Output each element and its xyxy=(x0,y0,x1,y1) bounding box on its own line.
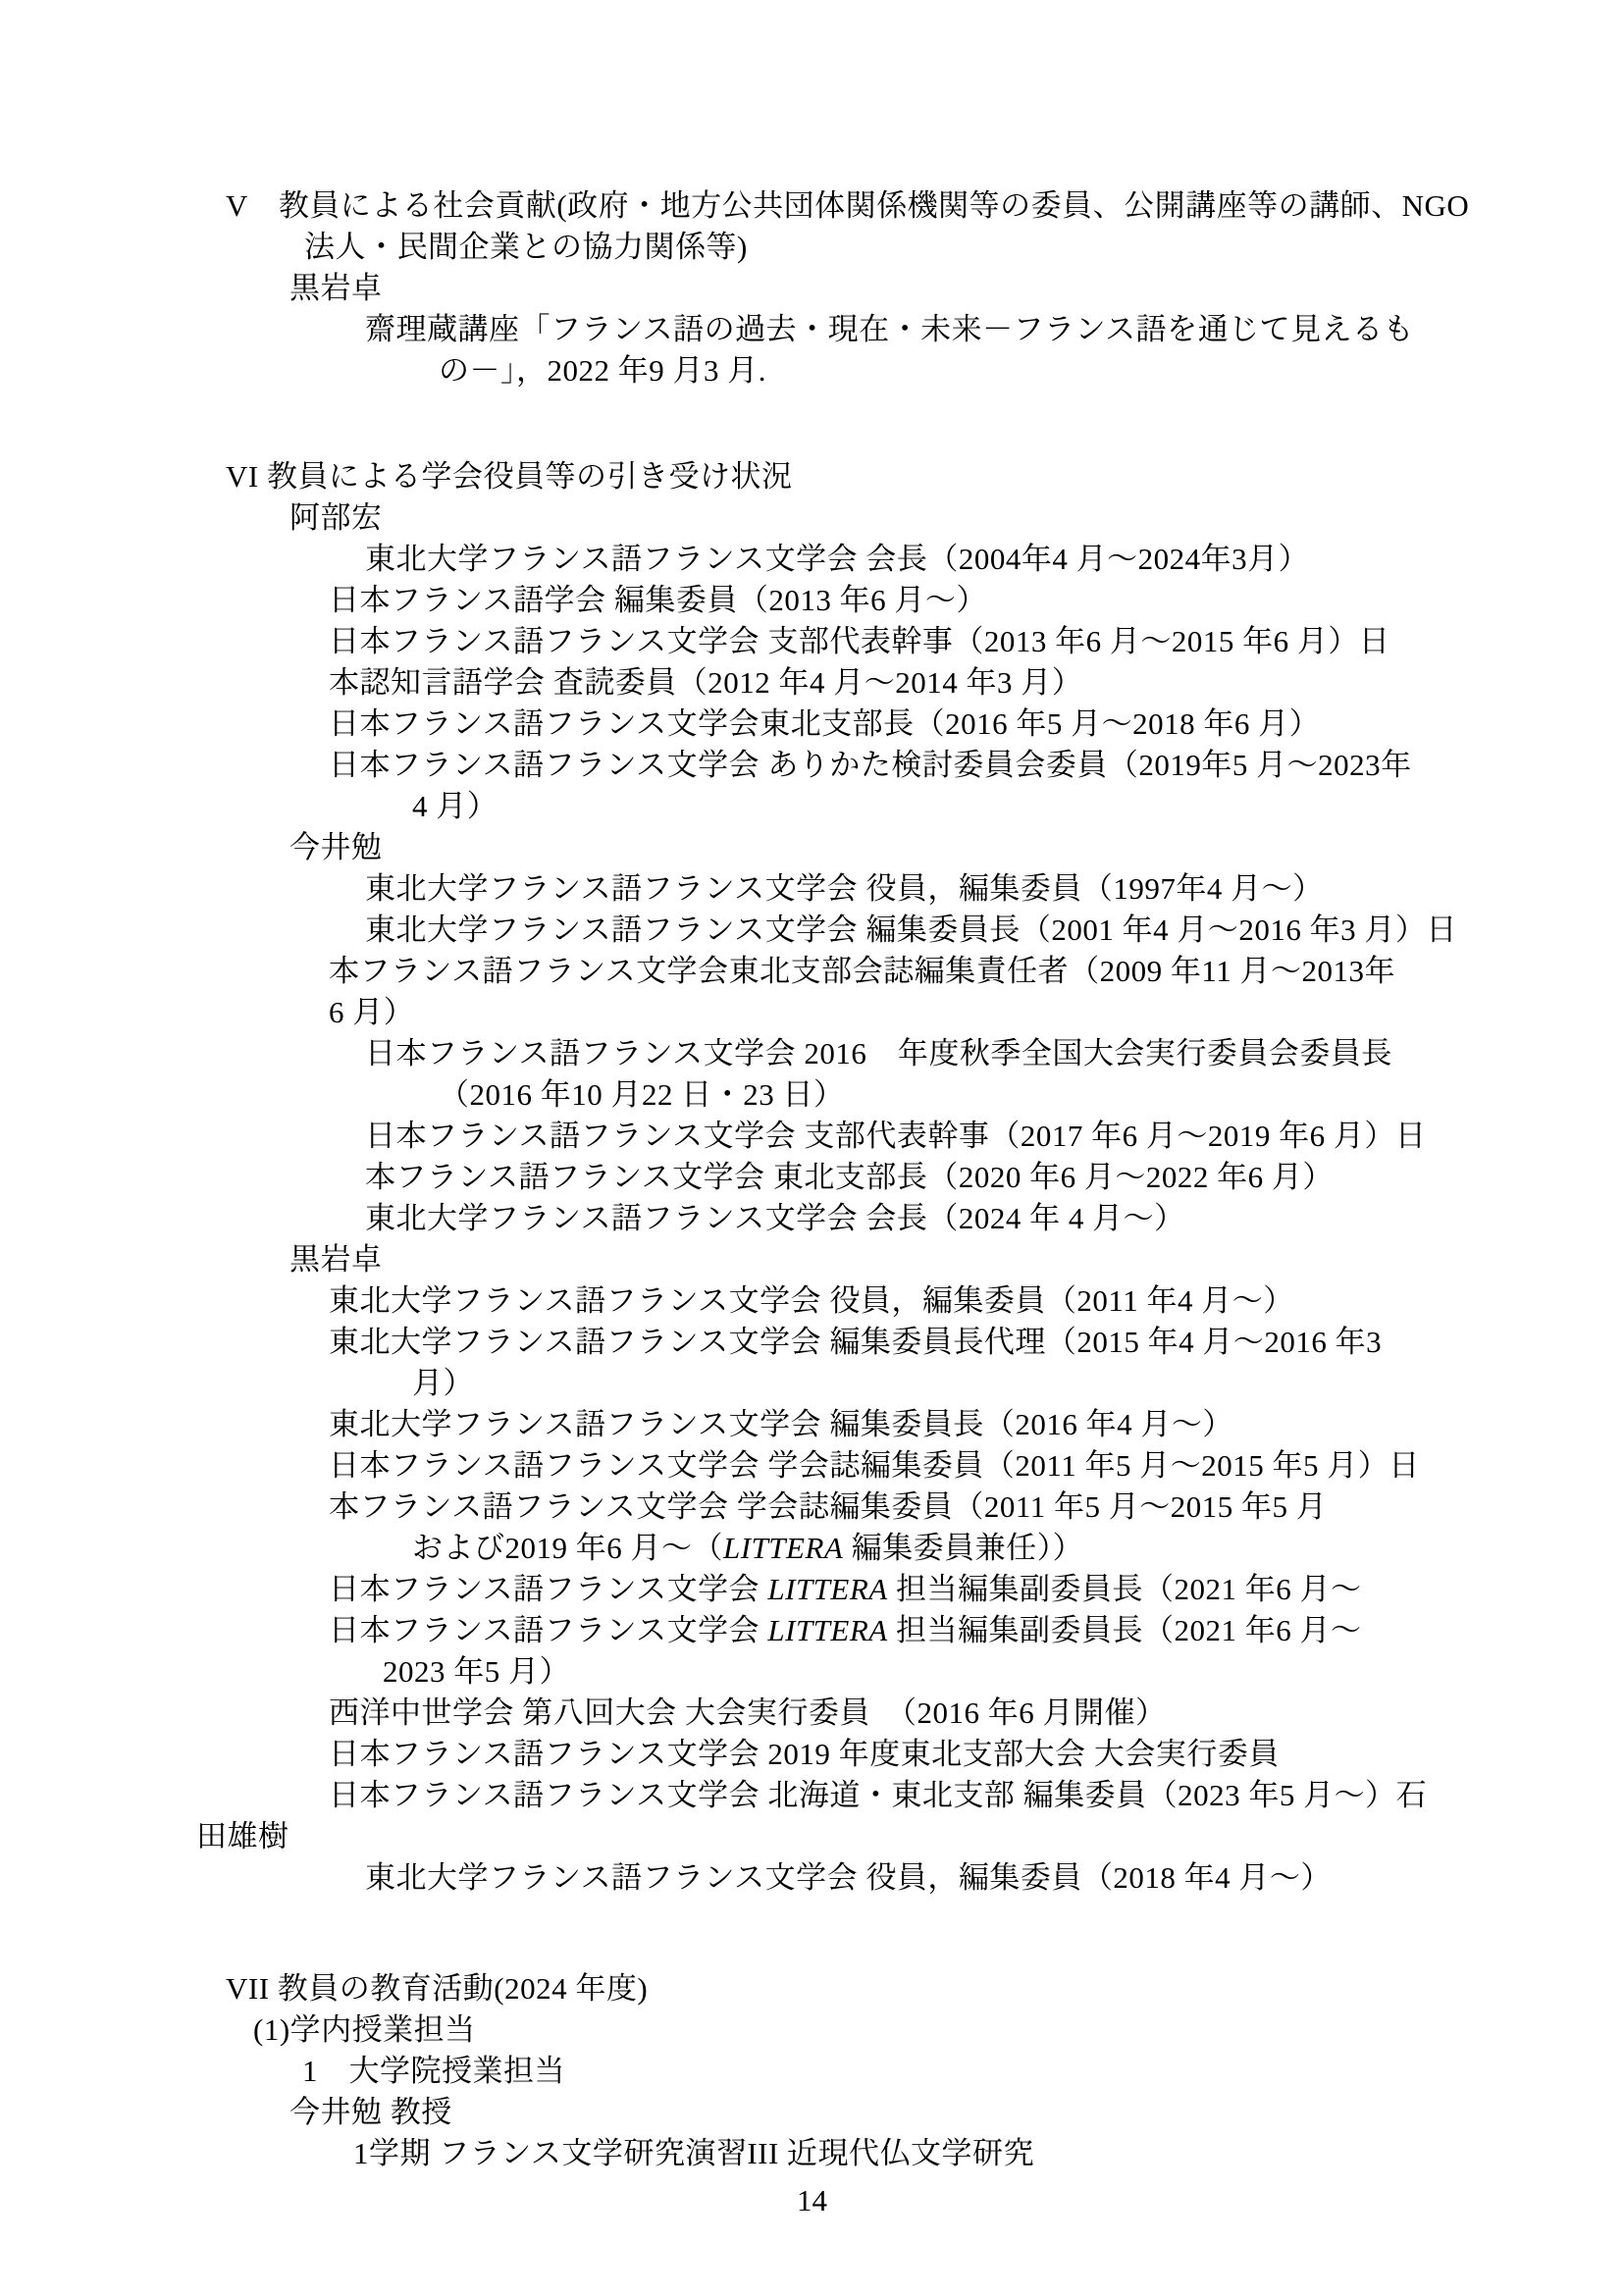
section-heading: V 教員による社会貢献(政府・地方公共団体関係機関等の委員、公開講座等の講師、N… xyxy=(0,185,1624,227)
list-item: 東北大学フランス語フランス文学会 編集委員長代理（2015 年4 月～2016 … xyxy=(0,1322,1624,1363)
list-item: 日本フランス語フランス文学会 2016 年度秋季全国大会実行委員会委員長 xyxy=(0,1033,1624,1074)
list-item-wrap: 6 月） xyxy=(0,992,1624,1033)
list-item: 東北大学フランス語フランス文学会 役員，編集委員（1997年4 月～） xyxy=(0,868,1624,910)
person-name: 田雄樹 xyxy=(0,1816,1624,1857)
list-item-wrap: 本フランス語フランス文学会東北支部会誌編集責任者（2009 年11 月～2013… xyxy=(0,951,1624,992)
list-item: 東北大学フランス語フランス文学会 編集委員長（2016 年4 月～） xyxy=(0,1404,1624,1445)
list-item: 日本フランス語フランス文学会 支部代表幹事（2013 年6 月～2015 年6 … xyxy=(0,621,1624,662)
list-item-wrap: 本フランス語フランス文学会 学会誌編集委員（2011 年5 月～2015 年5 … xyxy=(0,1487,1624,1528)
list-item-wrap: 本認知言語学会 査読委員（2012 年4 月～2014 年3 月） xyxy=(0,662,1624,704)
list-item: 日本フランス語学会 編集委員（2013 年6 月～） xyxy=(0,580,1624,621)
person-name: 今井勉 教授 xyxy=(0,2092,1624,2133)
list-item: 日本フランス語フランス文学会 学会誌編集委員（2011 年5 月～2015 年5… xyxy=(0,1445,1624,1487)
person-name: 今井勉 xyxy=(0,827,1624,868)
list-item: 西洋中世学会 第八回大会 大会実行委員 （2016 年6 月開催） xyxy=(0,1693,1624,1734)
list-item: 日本フランス語フランス文学会 LITTERA 担当編集副委員長（2021 年6 … xyxy=(0,1610,1624,1651)
list-item-wrap: および2019 年6 月～（LITTERA 編集委員兼任）） xyxy=(0,1528,1624,1569)
journal-title-italic: LITTERA xyxy=(723,1531,843,1565)
subsection-heading: (1)学内授業担当 xyxy=(0,2009,1624,2051)
list-item: 日本フランス語フランス文学会 北海道・東北支部 編集委員（2023 年5 月～）… xyxy=(0,1775,1624,1816)
subsection-heading: 1 大学院授業担当 xyxy=(0,2051,1624,2092)
list-item: 齋理蔵講座「フランス語の過去・現在・未来－フランス語を通じて見えるも xyxy=(0,309,1624,350)
section-heading-wrap: 法人・民間企業との協力関係等) xyxy=(0,227,1624,268)
list-item: 東北大学フランス語フランス文学会 会長（2024 年 4 月～） xyxy=(0,1198,1624,1239)
list-item-wrap: 4 月） xyxy=(0,786,1624,827)
document-content: V 教員による社会貢献(政府・地方公共団体関係機関等の委員、公開講座等の講師、N… xyxy=(0,185,1624,2174)
list-item: 日本フランス語フランス文学会 2019 年度東北支部大会 大会実行委員 xyxy=(0,1734,1624,1775)
list-item-wrap: （2016 年10 月22 日・23 日） xyxy=(0,1074,1624,1116)
list-item-wrap: 月） xyxy=(0,1363,1624,1404)
person-name: 黒岩卓 xyxy=(0,1239,1624,1280)
list-item: 東北大学フランス語フランス文学会 編集委員長（2001 年4 月～2016 年3… xyxy=(0,910,1624,951)
list-item: 東北大学フランス語フランス文学会 役員，編集委員（2018 年4 月～） xyxy=(0,1857,1624,1899)
document-page: V 教員による社会貢献(政府・地方公共団体関係機関等の委員、公開講座等の講師、N… xyxy=(0,0,1624,2295)
list-item: 東北大学フランス語フランス文学会 会長（2004年4 月～2024年3月） xyxy=(0,539,1624,580)
page-number: 14 xyxy=(0,2180,1624,2221)
list-item: 東北大学フランス語フランス文学会 役員，編集委員（2011 年4 月～） xyxy=(0,1280,1624,1322)
list-item-wrap: の－」，2022 年9 月3 月. xyxy=(0,350,1624,391)
journal-title-italic: LITTERA xyxy=(767,1572,887,1606)
list-item: 日本フランス語フランス文学会 LITTERA 担当編集副委員長（2021 年6 … xyxy=(0,1569,1624,1610)
section-heading: VII 教員の教育活動(2024 年度) xyxy=(0,1968,1624,2009)
person-name: 阿部宏 xyxy=(0,497,1624,539)
person-name: 黒岩卓 xyxy=(0,268,1624,309)
list-item-wrap: 2023 年5 月） xyxy=(0,1651,1624,1693)
list-item: 1学期 フランス文学研究演習III 近現代仏文学研究 xyxy=(0,2133,1624,2174)
list-item: 日本フランス語フランス文学会 ありかた検討委員会委員（2019年5 月～2023… xyxy=(0,745,1624,786)
journal-title-italic: LITTERA xyxy=(767,1613,887,1647)
list-item: 日本フランス語フランス文学会 支部代表幹事（2017 年6 月～2019 年6 … xyxy=(0,1116,1624,1157)
list-item: 日本フランス語フランス文学会東北支部長（2016 年5 月～2018 年6 月） xyxy=(0,704,1624,745)
section-heading: VI 教員による学会役員等の引き受け状況 xyxy=(0,456,1624,497)
list-item-wrap: 本フランス語フランス文学会 東北支部長（2020 年6 月～2022 年6 月） xyxy=(0,1157,1624,1198)
